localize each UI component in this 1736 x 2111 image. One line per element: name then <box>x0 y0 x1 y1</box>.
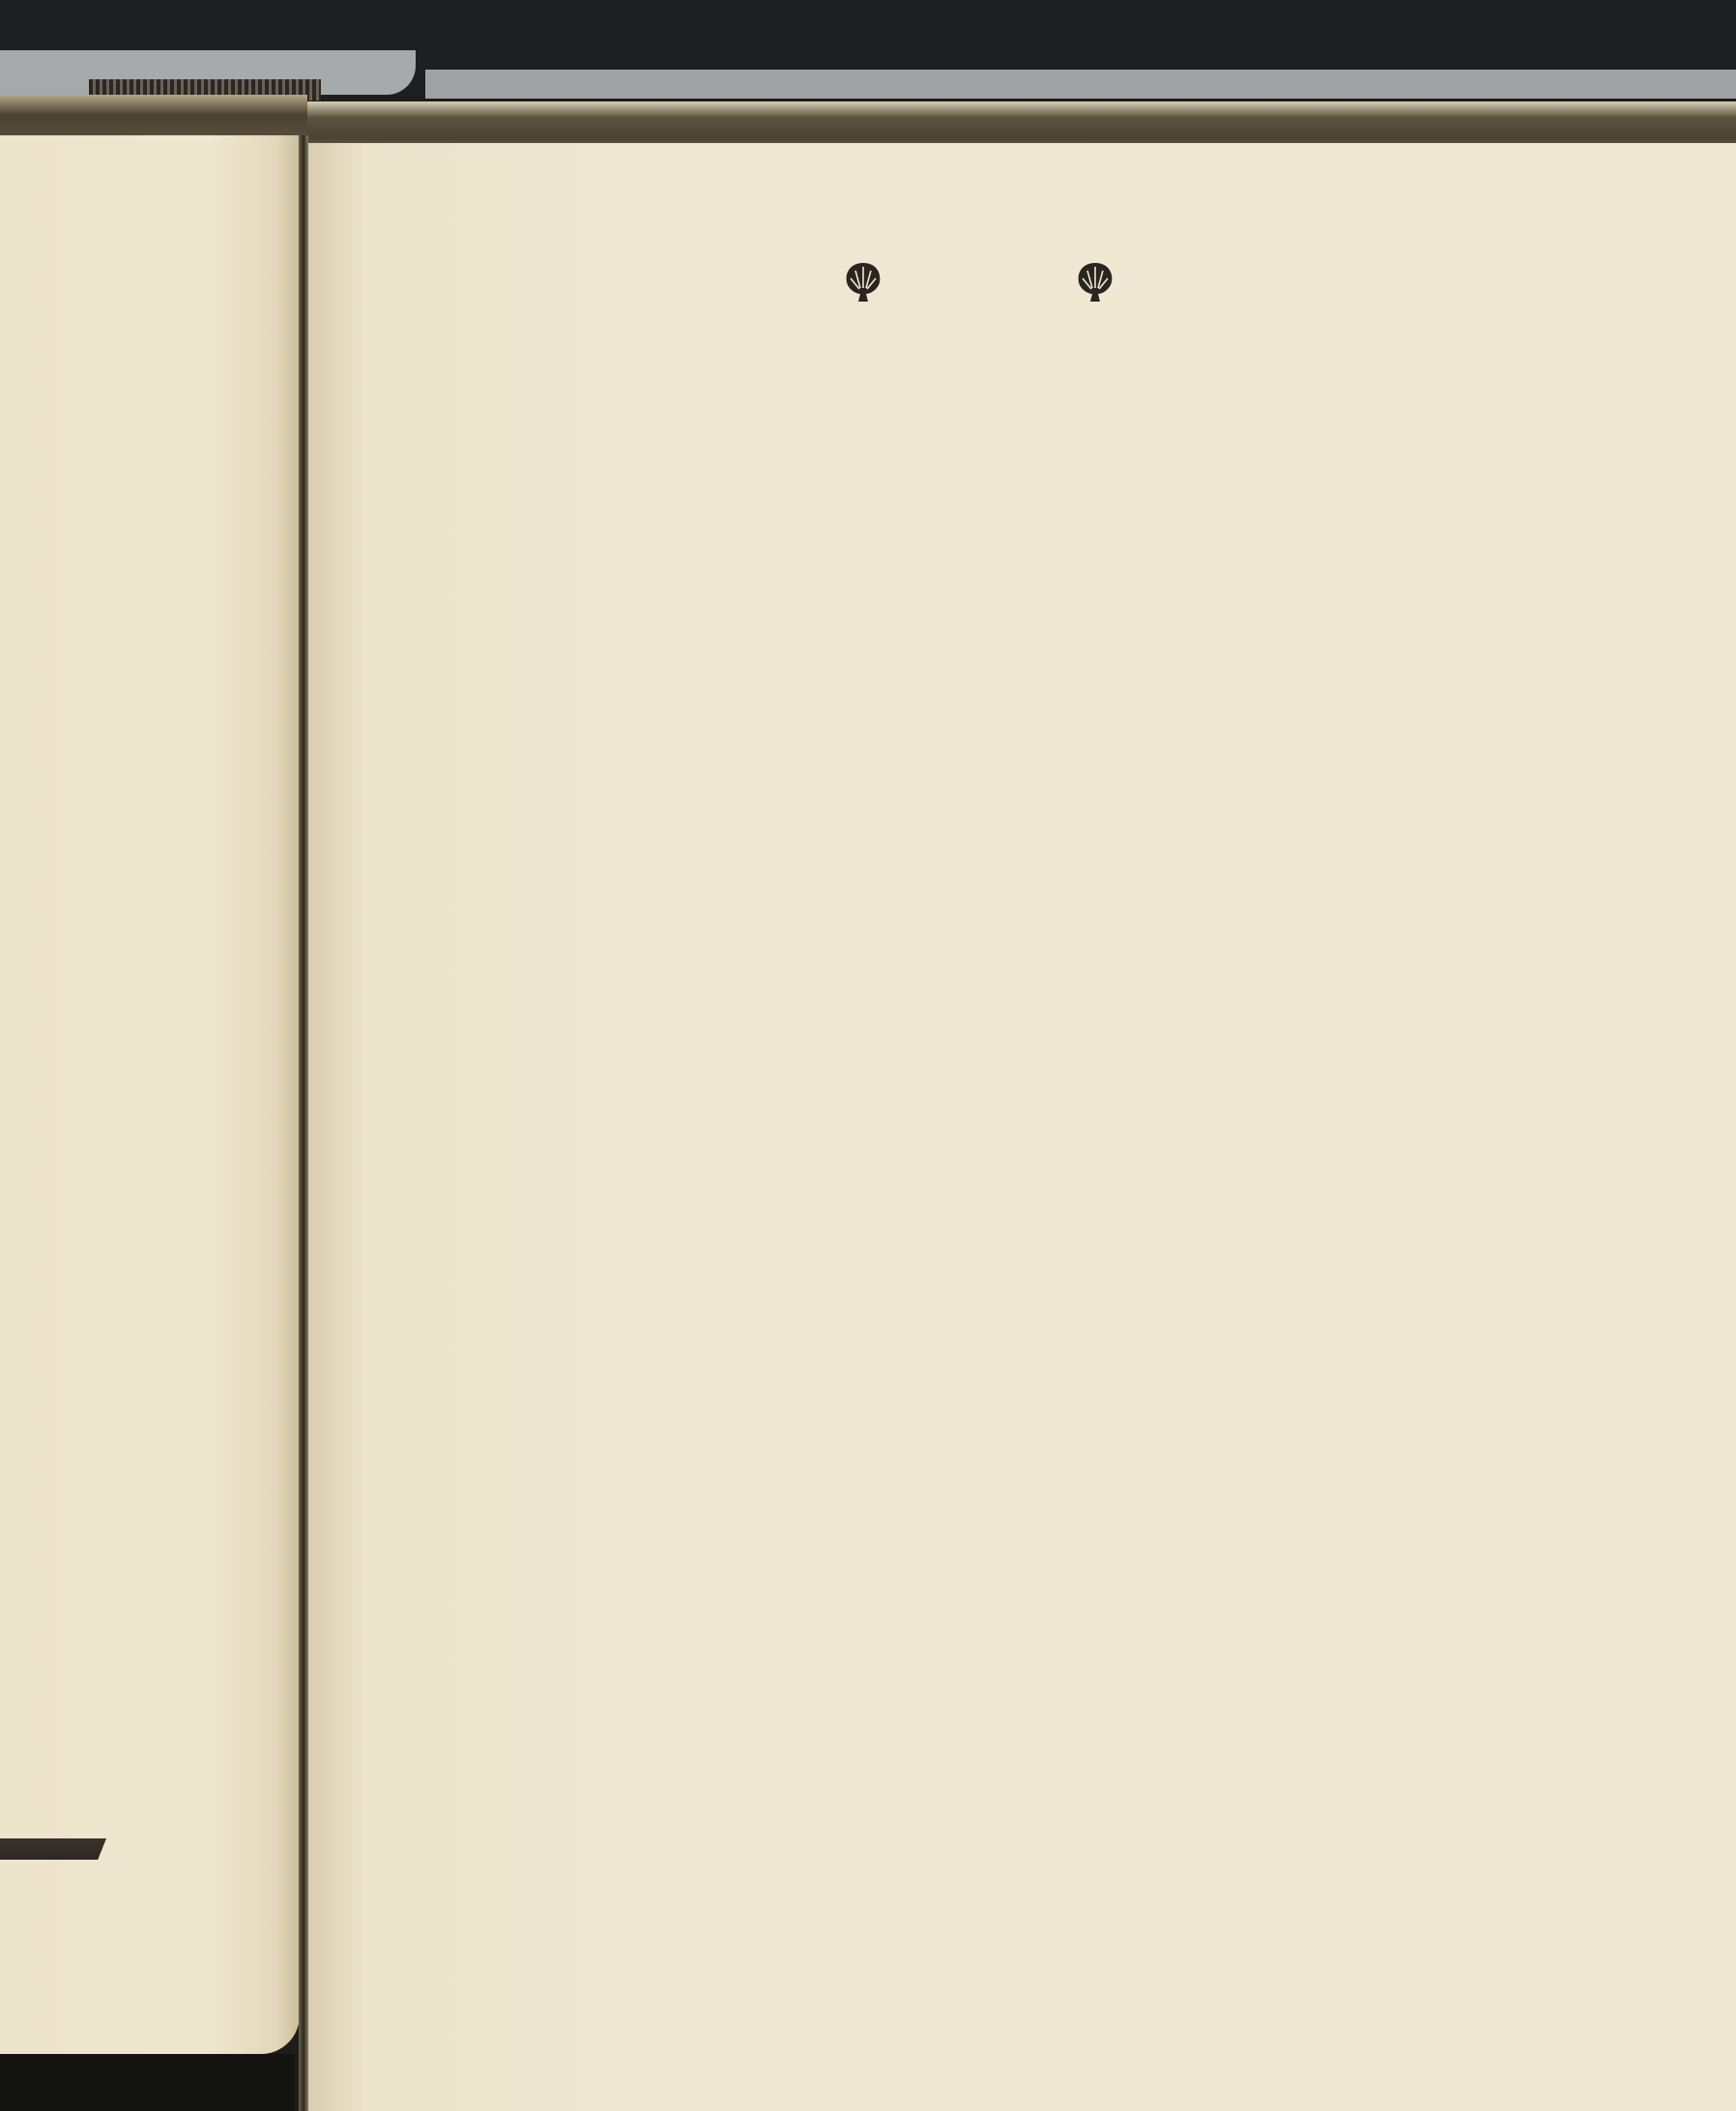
book-cover-bottom <box>0 2054 295 2111</box>
left-page-text <box>0 307 282 309</box>
shell-ornament-icon <box>1073 259 1117 310</box>
end-rule <box>0 1838 106 1860</box>
left-page <box>0 135 300 2054</box>
shell-ornament-icon <box>841 259 885 310</box>
book-gutter <box>299 135 308 2111</box>
page-edges-right <box>307 101 1736 148</box>
book-board-right <box>425 70 1736 99</box>
right-page <box>307 143 1736 2111</box>
